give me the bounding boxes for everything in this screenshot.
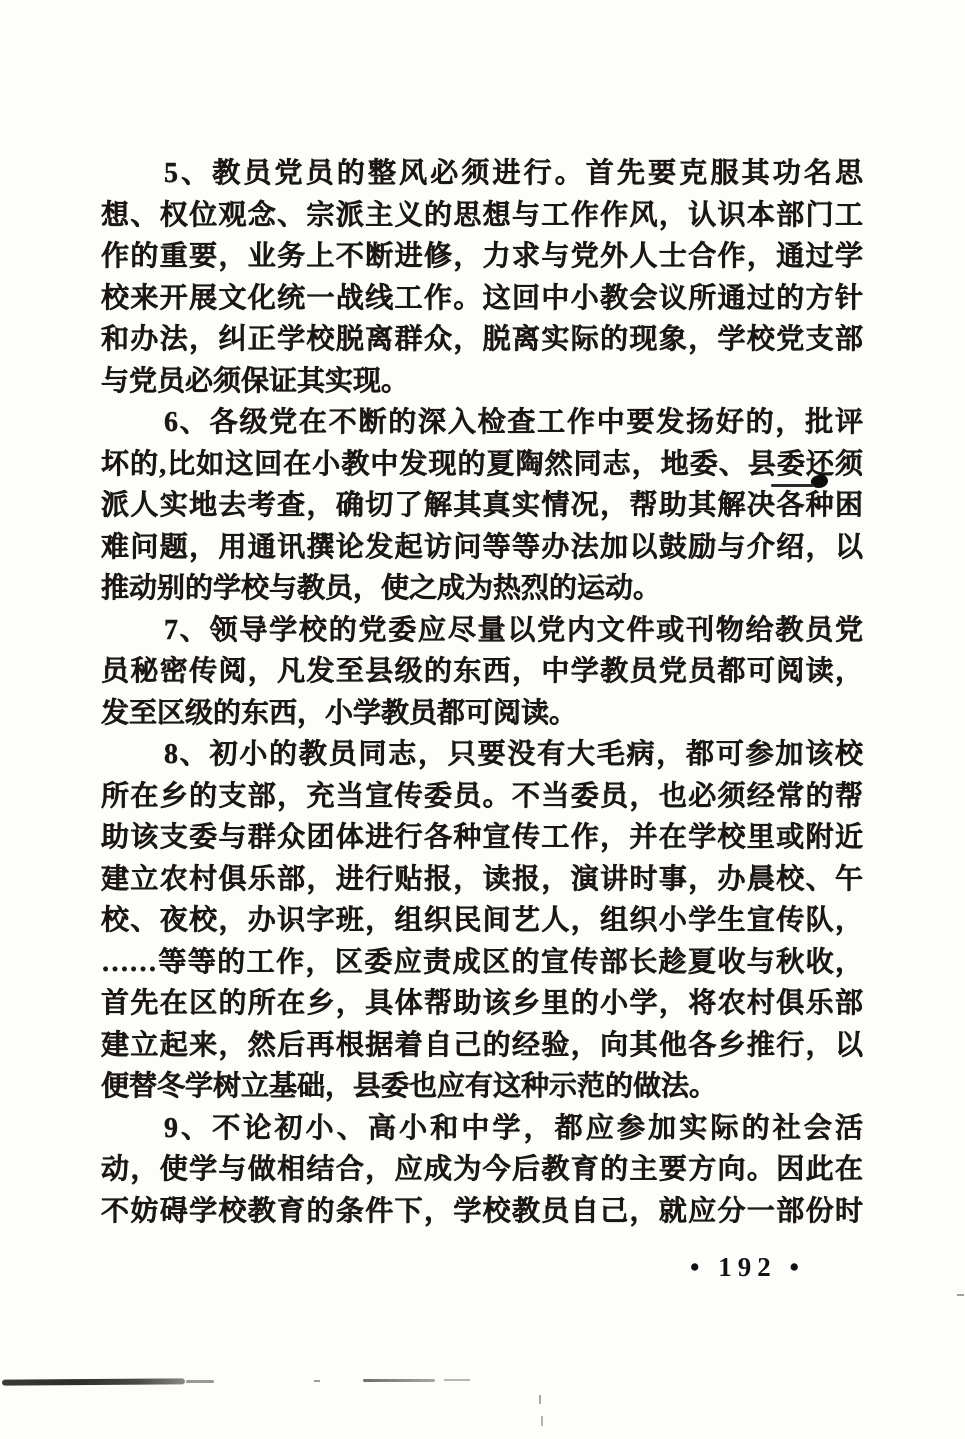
text-line: 校、夜校，办识字班，组织民间艺人，组织小学生宣传队， bbox=[101, 900, 863, 942]
text-line: 助该支委与群众团体进行各种宣传工作，并在学校里或附近 bbox=[101, 817, 863, 859]
text-line: 建立起来，然后再根据着自己的经验，向其他各乡推行，以 bbox=[101, 1025, 863, 1067]
scan-speck bbox=[444, 1379, 470, 1381]
scan-speck bbox=[539, 1395, 541, 1404]
scan-speck bbox=[541, 1416, 543, 1426]
text-line: 与党员必须保证其实现。 bbox=[101, 361, 863, 403]
scan-streak-middle bbox=[363, 1379, 435, 1382]
text-line: 所在乡的支部，充当宣传委员。不当委员，也必须经常的帮 bbox=[101, 776, 863, 818]
text-line: 员秘密传阅，凡发至县级的东西，中学教员党员都可阅读， bbox=[101, 651, 863, 693]
text-line: 发至区级的东西，小学教员都可阅读。 bbox=[101, 693, 863, 735]
text-line: 不妨碍学校教育的条件下，学校教员自己，就应分一部份时 bbox=[101, 1191, 863, 1233]
text-line: 和办法，纠正学校脱离群众，脱离实际的现象，学校党支部 bbox=[101, 319, 863, 361]
ink-dash-mark bbox=[771, 484, 814, 487]
text-line: 想、权位观念、宗派主义的思想与工作作风，认识本部门工 bbox=[101, 195, 863, 237]
text-line: 坏的,比如这回在小教中发现的夏陶然同志，地委、县委还须 bbox=[101, 444, 863, 486]
text-line: 6、各级党在不断的深入检查工作中要发扬好的，批评 bbox=[101, 402, 863, 444]
text-line: ……等等的工作，区委应责成区的宣传部长趁夏收与秋收， bbox=[101, 942, 863, 984]
scan-speck bbox=[314, 1380, 320, 1382]
scanned-document-page: 5、教员党员的整风必须进行。首先要克服其功名思想、权位观念、宗派主义的思想与工作… bbox=[0, 0, 965, 1439]
scan-streak-left-tail bbox=[186, 1380, 214, 1383]
document-text-block: 5、教员党员的整风必须进行。首先要克服其功名思想、权位观念、宗派主义的思想与工作… bbox=[101, 153, 863, 1232]
text-line: 5、教员党员的整风必须进行。首先要克服其功名思 bbox=[101, 153, 863, 195]
text-line: 派人实地去考查，确切了解其真实情况，帮助其解决各种困 bbox=[101, 485, 863, 527]
text-line: 动，使学与做相结合，应成为今后教育的主要方向。因此在 bbox=[101, 1149, 863, 1191]
text-line: 首先在区的所在乡，具体帮助该乡里的小学，将农村俱乐部 bbox=[101, 983, 863, 1025]
text-line: 便替冬学树立基础，县委也应有这种示范的做法。 bbox=[101, 1066, 863, 1108]
text-line: 作的重要，业务上不断进修，力求与党外人士合作，通过学 bbox=[101, 236, 863, 278]
text-line: 推动别的学校与教员，使之成为热烈的运动。 bbox=[101, 568, 863, 610]
page-number: • 192 • bbox=[690, 1252, 805, 1283]
text-line: 校来开展文化统一战线工作。这回中小教会议所通过的方针 bbox=[101, 278, 863, 320]
text-line: 8、初小的教员同志，只要没有大毛病，都可参加该校 bbox=[101, 734, 863, 776]
scan-speck bbox=[957, 1294, 964, 1296]
text-line: 7、领导学校的党委应尽量以党内文件或刊物给教员党 bbox=[101, 610, 863, 652]
text-line: 难问题，用通讯撰论发起访问等等办法加以鼓励与介绍，以 bbox=[101, 527, 863, 569]
text-line: 建立农村俱乐部，进行贴报，读报，演讲时事，办晨校、午 bbox=[101, 859, 863, 901]
scan-streak-left bbox=[2, 1378, 185, 1385]
text-line: 9、不论初小、高小和中学，都应参加实际的社会活 bbox=[101, 1108, 863, 1150]
